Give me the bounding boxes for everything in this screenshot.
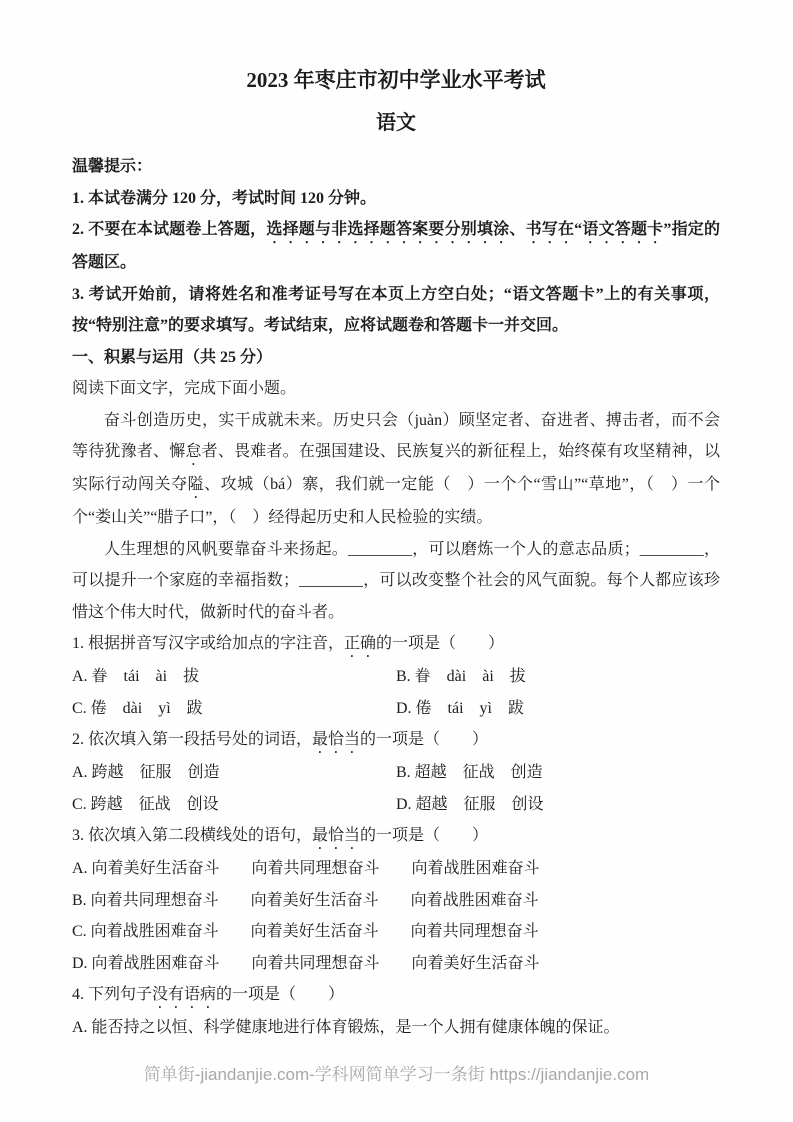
question-2-option-a: A. 跨越 征服 创造	[72, 757, 396, 789]
question-2-options: A. 跨越 征服 创造 B. 超越 征战 创造 C. 跨越 征战 创设 D. 超…	[72, 757, 720, 820]
question-3-option-b: B. 向着共同理想奋斗 向着美好生活奋斗 向着战胜困难奋斗	[72, 885, 720, 917]
question-4-option-a: A. 能否持之以恒、科学健康地进行体育锻炼，是一个人拥有健康体魄的保证。	[72, 1012, 720, 1044]
question-4-stem-post: 的一项是（ ）	[216, 986, 344, 1003]
question-1-option-d: D. 倦 tái yì 跋	[396, 693, 720, 725]
question-2-stem-emphasis: 最恰当	[312, 731, 360, 748]
question-4-stem-emphasis: 没有语病	[152, 986, 216, 1003]
paper-title: 2023 年枣庄市初中学业水平考试	[72, 64, 720, 96]
notice-item-3: 3. 考试开始前，请将姓名和准考证号写在本页上方空白处；“语文答题卡”上的有关事…	[72, 279, 720, 342]
question-3-option-d: D. 向着战胜困难奋斗 向着共同理想奋斗 向着美好生活奋斗	[72, 948, 720, 980]
question-1-option-c: C. 倦 dài yì 跋	[72, 693, 396, 725]
passage-1-dotted-char-ai: 隘	[188, 476, 205, 493]
passage-1-dotted-char-dai: 怠	[185, 443, 201, 460]
question-3-stem: 3. 依次填入第二段横线处的语句，最恰当的一项是（ ）	[72, 820, 720, 853]
question-3-option-a: A. 向着美好生活奋斗 向着共同理想奋斗 向着战胜困难奋斗	[72, 853, 720, 885]
page-content: 2023 年枣庄市初中学业水平考试 语文 温馨提示： 1. 本试卷满分 120 …	[0, 0, 793, 1044]
notice-item-2-pre: 2. 不要在本试题卷上答题，	[72, 221, 266, 238]
question-2-stem-post: 的一项是（ ）	[360, 731, 488, 748]
question-2-option-d: D. 超越 征服 创设	[396, 789, 720, 821]
notice-item-2-emphasis: 选择题与非选择题答案要分别填涂、书写在“语文答题卡”	[266, 221, 671, 238]
notice-section: 温馨提示： 1. 本试卷满分 120 分，考试时间 120 分钟。 2. 不要在…	[72, 151, 720, 342]
watermark-footer: 简单街-jiandanjie.com-学科网简单学习一条街 https://ji…	[0, 1060, 793, 1090]
question-1-stem-emphasis: 正确	[344, 635, 376, 652]
notice-heading: 温馨提示：	[72, 151, 720, 183]
question-3-stem-pre: 3. 依次填入第二段横线处的语句，	[72, 827, 312, 844]
question-2-option-b: B. 超越 征战 创造	[396, 757, 720, 789]
question-2-option-c: C. 跨越 征战 创设	[72, 789, 396, 821]
passage-paragraph-1: 奋斗创造历史，实干成就未来。历史只会（juàn）顾坚定者、奋进者、搏击者，而不会…	[72, 405, 720, 534]
paper-subject: 语文	[72, 108, 720, 138]
question-1-option-b: B. 眷 dài ài 拔	[396, 661, 720, 693]
question-2-stem: 2. 依次填入第一段括号处的词语，最恰当的一项是（ ）	[72, 724, 720, 757]
passage-paragraph-2: 人生理想的风帆要靠奋斗来扬起。________，可以磨炼一个人的意志品质；___…	[72, 534, 720, 629]
reading-intro: 阅读下面文字，完成下面小题。	[72, 373, 720, 405]
question-1-options: A. 眷 tái ài 拔 B. 眷 dài ài 拔 C. 倦 dài yì …	[72, 661, 720, 724]
question-4-stem-pre: 4. 下列句子	[72, 986, 152, 1003]
question-3-stem-emphasis: 最恰当	[312, 827, 360, 844]
question-1-stem-post: 的一项是（ ）	[376, 635, 504, 652]
notice-item-2: 2. 不要在本试题卷上答题，选择题与非选择题答案要分别填涂、书写在“语文答题卡”…	[72, 214, 720, 279]
question-4-stem: 4. 下列句子没有语病的一项是（ ）	[72, 979, 720, 1012]
exam-paper-page: 2023 年枣庄市初中学业水平考试 语文 温馨提示： 1. 本试卷满分 120 …	[0, 0, 793, 1122]
question-2-stem-pre: 2. 依次填入第一段括号处的词语，	[72, 731, 312, 748]
question-1-stem: 1. 根据拼音写汉字或给加点的字注音，正确的一项是（ ）	[72, 628, 720, 661]
question-1-option-a: A. 眷 tái ài 拔	[72, 661, 396, 693]
question-3-stem-post: 的一项是（ ）	[360, 827, 488, 844]
question-3-options: A. 向着美好生活奋斗 向着共同理想奋斗 向着战胜困难奋斗 B. 向着共同理想奋…	[72, 853, 720, 979]
section-heading: 一、积累与运用（共 25 分）	[72, 342, 720, 374]
question-1-stem-pre: 1. 根据拼音写汉字或给加点的字注音，	[72, 635, 344, 652]
notice-item-1: 1. 本试卷满分 120 分，考试时间 120 分钟。	[72, 183, 720, 215]
question-3-option-c: C. 向着战胜困难奋斗 向着美好生活奋斗 向着共同理想奋斗	[72, 916, 720, 948]
